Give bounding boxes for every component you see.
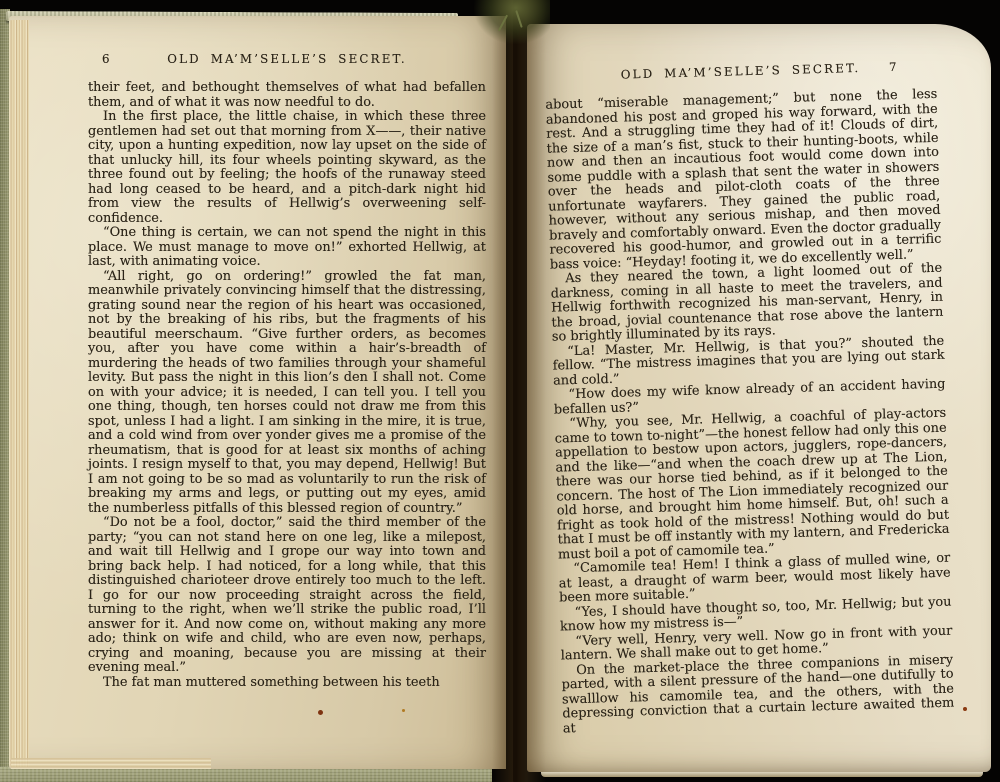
- foxing-spot: [963, 707, 967, 711]
- paragraph: “Why, you see, Mr. Hellwig, a coachful o…: [554, 407, 950, 563]
- thread: [515, 10, 522, 28]
- right-page-text: OLD MA’M’SELLE’S SECRET. 7 about “misera…: [544, 59, 954, 737]
- foxing-spot: [402, 709, 405, 712]
- right-page: OLD MA’M’SELLE’S SECRET. 7 about “misera…: [527, 24, 991, 772]
- paragraph: As they neared the town, a light loomed …: [550, 262, 944, 345]
- gutter-crease: [513, 0, 516, 782]
- cloth-bottom-edge: [0, 767, 492, 782]
- foxing-spot: [318, 710, 323, 715]
- left-page-text: 6 OLD MA’M’SELLE’S SECRET. their feet, a…: [88, 52, 486, 690]
- paragraph: their feet, and bethought themselves of …: [88, 81, 486, 110]
- left-running-title: OLD MA’M’SELLE’S SECRET.: [167, 52, 407, 67]
- thread: [498, 15, 508, 32]
- book-photo: 6 OLD MA’M’SELLE’S SECRET. their feet, a…: [0, 0, 1000, 782]
- right-running-head: OLD MA’M’SELLE’S SECRET. 7: [544, 59, 936, 86]
- left-page-fore-edge: [9, 20, 29, 767]
- right-running-title: OLD MA’M’SELLE’S SECRET.: [621, 61, 861, 82]
- paragraph: In the first place, the little chaise, i…: [88, 110, 486, 226]
- right-page-bottom-edge: [541, 772, 983, 777]
- left-page: 6 OLD MA’M’SELLE’S SECRET. their feet, a…: [9, 16, 506, 769]
- frayed-binding-threads: [474, 0, 550, 44]
- paragraph: “One thing is certain, we can not spend …: [88, 226, 486, 270]
- paragraph: The fat man muttered something between h…: [88, 676, 486, 691]
- gutter-shadow: [492, 0, 546, 782]
- paragraph: On the market-place the three companions…: [561, 653, 955, 736]
- right-page-number: 7: [889, 60, 897, 75]
- paragraph: about “miserable management;” but none t…: [545, 88, 942, 273]
- paragraph: “All right, go on ordering!” growled the…: [88, 270, 486, 517]
- paragraph: “Do not be a fool, doctor,” said the thi…: [88, 516, 486, 676]
- left-page-bottom-edge: [11, 758, 211, 769]
- left-running-head: 6 OLD MA’M’SELLE’S SECRET.: [88, 52, 486, 68]
- left-page-number: 6: [102, 52, 110, 67]
